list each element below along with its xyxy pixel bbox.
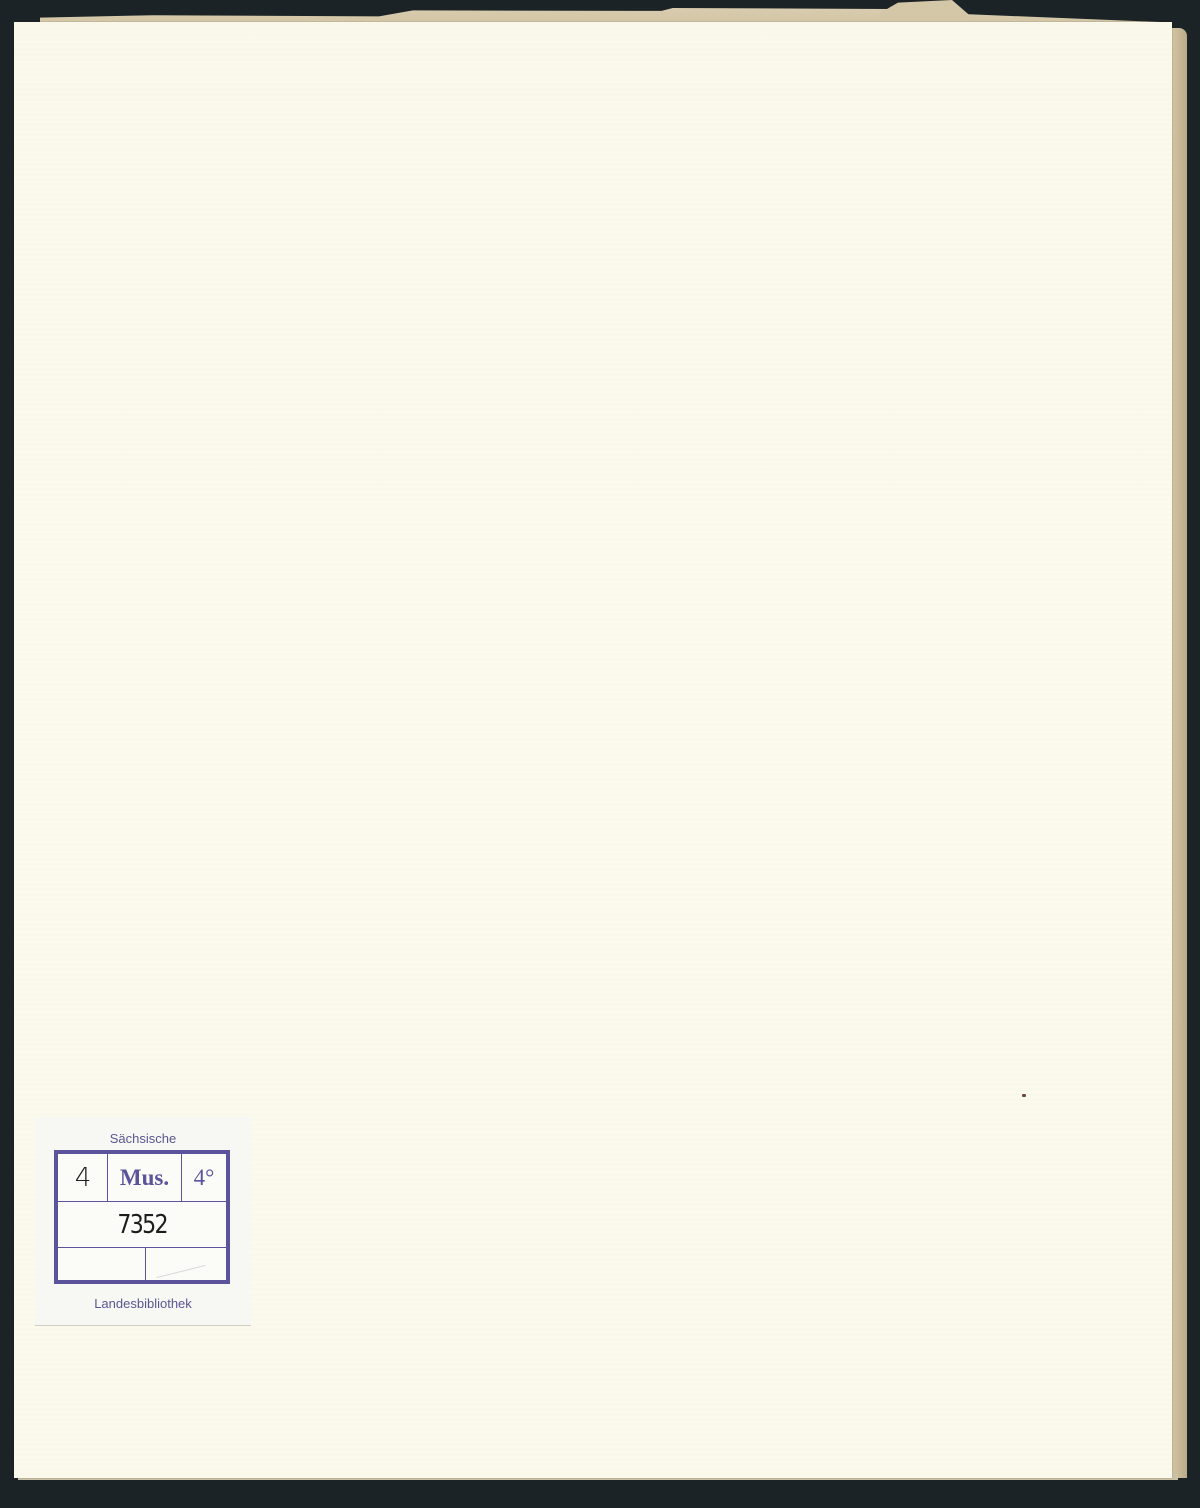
shelfmark-row-2: 7352	[58, 1202, 226, 1248]
pencil-stroke	[157, 1265, 206, 1278]
shelfmark-prefix-cell: 4	[58, 1154, 108, 1201]
cover-sheet: Sächsische 4 Mus. 4° 7352	[14, 22, 1172, 1478]
label-institution-top: Sächsische	[35, 1131, 251, 1146]
shelfmark-number: 7352	[117, 1210, 166, 1240]
library-shelfmark-label: Sächsische 4 Mus. 4° 7352	[35, 1117, 251, 1326]
shelfmark-extra-left-cell	[58, 1248, 146, 1280]
shelfmark-row-1: 4 Mus. 4°	[58, 1154, 226, 1202]
shelfmark-format: 4°	[194, 1165, 215, 1191]
paper-speck	[1022, 1094, 1026, 1097]
shelfmark-collection-cell: Mus.	[108, 1154, 182, 1201]
shelfmark-format-cell: 4°	[182, 1154, 226, 1201]
shelfmark-row-3	[58, 1248, 226, 1280]
shelfmark-collection: Mus.	[120, 1165, 169, 1191]
shelfmark-prefix: 4	[75, 1163, 91, 1193]
shelfmark-frame: 4 Mus. 4° 7352	[54, 1150, 230, 1284]
shelfmark-number-cell: 7352	[58, 1202, 226, 1247]
label-institution-bottom: Landesbibliothek	[35, 1296, 251, 1311]
shelfmark-extra-right-cell	[146, 1248, 226, 1280]
